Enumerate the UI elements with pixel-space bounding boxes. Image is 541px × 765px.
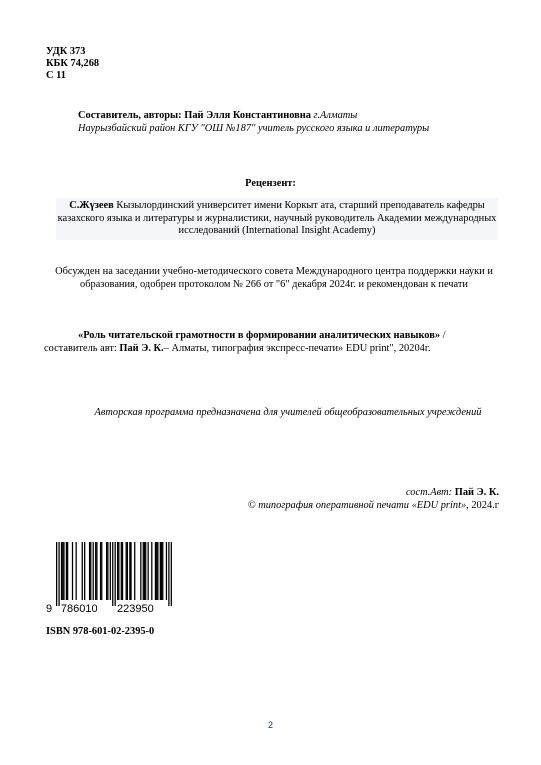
compiler-info: Составитель, авторы: Пай Элля Константин… (78, 110, 518, 135)
citation-publisher: – Алматы, типография экспресс-печати» ED… (164, 343, 431, 354)
citation-author: Пай Э. К. (119, 343, 163, 354)
copyright-year: , 2024.г (466, 500, 499, 511)
barcode-graphic: 9786010223950 (46, 542, 174, 614)
compiler-name: Пай Элля Константиновна (184, 110, 311, 121)
reviewer-block: С.Жүзеев Кызылординский университет имен… (56, 198, 498, 240)
page-number: 2 (0, 719, 541, 732)
svg-text:223950: 223950 (117, 603, 154, 614)
svg-text:786010: 786010 (61, 603, 98, 614)
bbk-code: КБК 74,268 (46, 58, 99, 70)
copyright-text: © типография оперативной печати «EDU pri… (248, 500, 466, 511)
book-title: «Роль читательской грамотности в формиро… (78, 330, 440, 341)
bibliographic-citation: «Роль читательской грамотности в формиро… (44, 330, 514, 355)
signature-block: сост.Авт: Пай Э. К. © типография операти… (200, 487, 499, 512)
citation-prefix: составитель авт: (44, 343, 117, 354)
compiler-city: г.Алматы (314, 110, 358, 121)
reviewer-heading: Рецензент: (0, 178, 541, 191)
reviewer-name: С.Жүзеев (69, 200, 114, 211)
classification-codes: УДК 373 КБК 74,268 С 11 (46, 46, 99, 82)
compiler-affiliation: Наурызбайский район КГУ "ОШ №187" учител… (78, 123, 518, 136)
program-note: Авторская программа предназначена для уч… (58, 407, 518, 420)
approval-note: Обсужден на заседании учебно-методическо… (48, 266, 500, 291)
udc-code: УДК 373 (46, 46, 99, 58)
signature-name: Пай Э. К. (455, 487, 499, 498)
reviewer-description: Кызылординский университет имени Коркыт … (58, 200, 497, 236)
isbn-barcode: 9786010223950 (46, 542, 174, 614)
compiler-label: Составитель, авторы: (78, 110, 182, 121)
svg-text:9: 9 (46, 603, 52, 614)
citation-slash: / (440, 330, 446, 341)
signature-label: сост.Авт: (406, 487, 452, 498)
author-mark: С 11 (46, 70, 99, 82)
isbn-number: ISBN 978-601-02-2395-0 (46, 626, 154, 639)
